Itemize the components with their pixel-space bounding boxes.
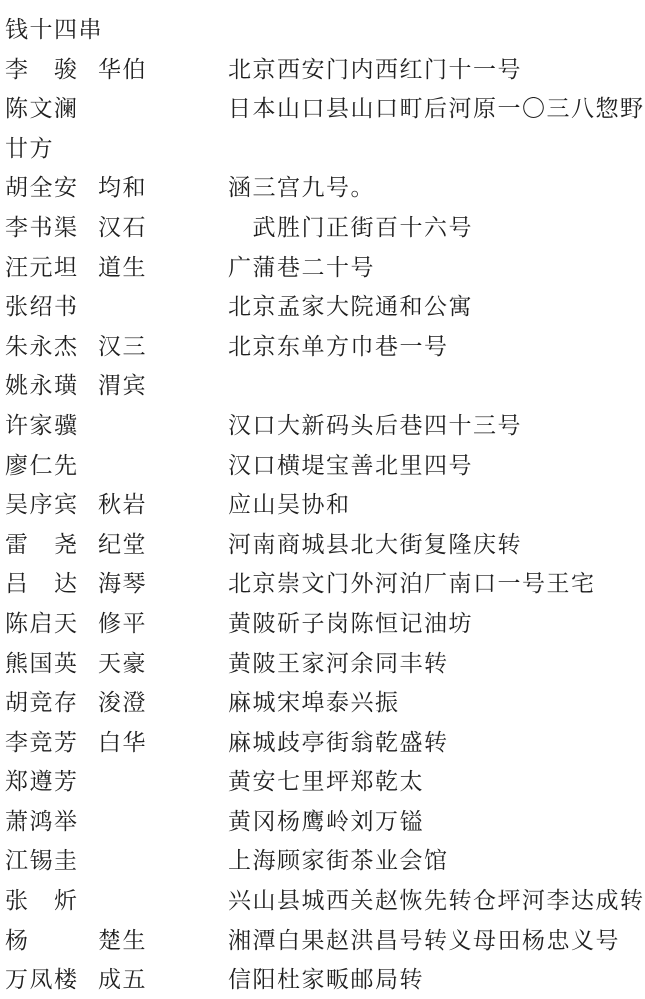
directory-row: 雷 尧 纪堂 河南商城县北大街复隆庆转 [5,525,645,565]
entry-courtesy-name: 白华 [98,723,228,763]
entry-courtesy-name: 成五 [98,960,228,999]
directory-row: 胡全安 均和 涵三宫九号。 [5,168,645,208]
directory-row: 万凤楼 成五 信阳杜家畈邮局转 [5,960,645,999]
entry-courtesy-name: 修平 [98,604,228,644]
entry-address: 上海顾家街茶业会馆 [228,841,645,881]
entry-address: 麻城歧亭街翁乾盛转 [228,723,645,763]
directory-row: 汪元坦 道生 广蒲巷二十号 [5,248,645,288]
entry-name: 廖仁先 [5,446,98,486]
entry-courtesy-name: 华伯 [98,50,228,90]
entry-courtesy-name: 汉石 [98,208,228,248]
entry-name: 陈启天 [5,604,98,644]
entry-address: 黄陂斫子岗陈恒记油坊 [228,604,645,644]
entry-address: 黄陂王家河余同丰转 [228,644,645,684]
entry-courtesy-name: 楚生 [98,921,228,961]
entry-address: 河南商城县北大街复隆庆转 [228,525,645,565]
entry-name: 雷 尧 [5,525,98,565]
entry-courtesy-name: 秋岩 [98,485,228,525]
entry-address: 汉口大新码头后巷四十三号 [228,406,645,446]
entry-courtesy-name: 道生 [98,248,228,288]
directory-row: 李书渠 汉石 武胜门正街百十六号 [5,208,645,248]
directory-row: 萧鸿举 黄冈杨鹰岭刘万镒 [5,802,645,842]
entry-name: 江锡圭 [5,841,98,881]
entry-courtesy-name: 渭宾 [98,366,228,406]
entry-name: 姚永璜 [5,366,98,406]
entry-address: 信阳杜家畈邮局转 [228,960,645,999]
entry-address: 北京崇文门外河泊厂南口一号王宅 [228,564,645,604]
entry-address: 北京西安门内西红门十一号 [228,50,645,90]
entry-courtesy-name: 天豪 [98,644,228,684]
directory-row: 李竞芳 白华 麻城歧亭街翁乾盛转 [5,723,645,763]
entry-address: 汉口横堤宝善北里四号 [228,446,645,486]
entry-courtesy-name: 海琴 [98,564,228,604]
entry-name: 杨 [5,921,98,961]
entry-address: 涵三宫九号。 [228,168,645,208]
entry-address: 北京孟家大院通和公寓 [228,287,645,327]
directory-row: 吴序宾 秋岩 应山吴协和 [5,485,645,525]
entry-address: 应山吴协和 [228,485,645,525]
entry-name: 钱十四串 [5,10,98,50]
entry-name: 萧鸿举 [5,802,98,842]
directory-row: 张 炘 兴山县城西关赵恢先转仓坪河李达成转 [5,881,645,921]
entry-address: 黄冈杨鹰岭刘万镒 [228,802,645,842]
entry-address: 广蒲巷二十号 [228,248,645,288]
entry-address: 湘潭白果赵洪昌号转义母田杨忠义号 [228,921,645,961]
entry-name: 李书渠 [5,208,98,248]
entry-courtesy-name: 汉三 [98,327,228,367]
entry-name: 吕 达 [5,564,98,604]
entry-name: 万凤楼 [5,960,98,999]
directory-row: 廿方 [5,129,645,169]
entry-name: 廿方 [5,129,98,169]
entry-address: 麻城宋埠泰兴振 [228,683,645,723]
entry-courtesy-name: 浚澄 [98,683,228,723]
entry-name: 李竞芳 [5,723,98,763]
entry-courtesy-name: 纪堂 [98,525,228,565]
entry-name: 吴序宾 [5,485,98,525]
directory-row: 江锡圭 上海顾家街茶业会馆 [5,841,645,881]
entry-name: 郑遵芳 [5,762,98,802]
entry-name: 李 骏 [5,50,98,90]
directory-row: 李 骏 华伯 北京西安门内西红门十一号 [5,50,645,90]
directory-row: 姚永璜 渭宾 [5,366,645,406]
directory-list: 钱十四串 李 骏 华伯 北京西安门内西红门十一号 陈文澜 日本山口县山口町后河原… [5,10,645,999]
directory-row: 陈启天 修平 黄陂斫子岗陈恒记油坊 [5,604,645,644]
directory-row: 张绍书 北京孟家大院通和公寓 [5,287,645,327]
entry-name: 胡全安 [5,168,98,208]
entry-address: 兴山县城西关赵恢先转仓坪河李达成转 [228,881,645,921]
directory-row: 胡竞存 浚澄 麻城宋埠泰兴振 [5,683,645,723]
entry-address: 黄安七里坪郑乾太 [228,762,645,802]
entry-name: 朱永杰 [5,327,98,367]
entry-name: 熊国英 [5,644,98,684]
entry-courtesy-name: 均和 [98,168,228,208]
entry-name: 许家骥 [5,406,98,446]
directory-row: 廖仁先 汉口横堤宝善北里四号 [5,446,645,486]
entry-name: 张绍书 [5,287,98,327]
entry-name: 张 炘 [5,881,98,921]
directory-row: 吕 达 海琴 北京崇文门外河泊厂南口一号王宅 [5,564,645,604]
entry-address: 武胜门正街百十六号 [228,208,645,248]
directory-row: 朱永杰 汉三 北京东单方巾巷一号 [5,327,645,367]
directory-row: 钱十四串 [5,10,645,50]
entry-name: 汪元坦 [5,248,98,288]
entry-name: 胡竞存 [5,683,98,723]
directory-row: 许家骥 汉口大新码头后巷四十三号 [5,406,645,446]
directory-row: 陈文澜 日本山口县山口町后河原一〇三八惣野， [5,89,645,129]
entry-address: 北京东单方巾巷一号 [228,327,645,367]
entry-name: 陈文澜 [5,89,98,129]
directory-row: 杨 楚生 湘潭白果赵洪昌号转义母田杨忠义号 [5,921,645,961]
entry-address: 日本山口县山口町后河原一〇三八惣野， [228,89,645,129]
directory-row: 熊国英 天豪 黄陂王家河余同丰转 [5,644,645,684]
directory-row: 郑遵芳 黄安七里坪郑乾太 [5,762,645,802]
directory-page: 钱十四串 李 骏 华伯 北京西安门内西红门十一号 陈文澜 日本山口县山口町后河原… [0,0,645,999]
